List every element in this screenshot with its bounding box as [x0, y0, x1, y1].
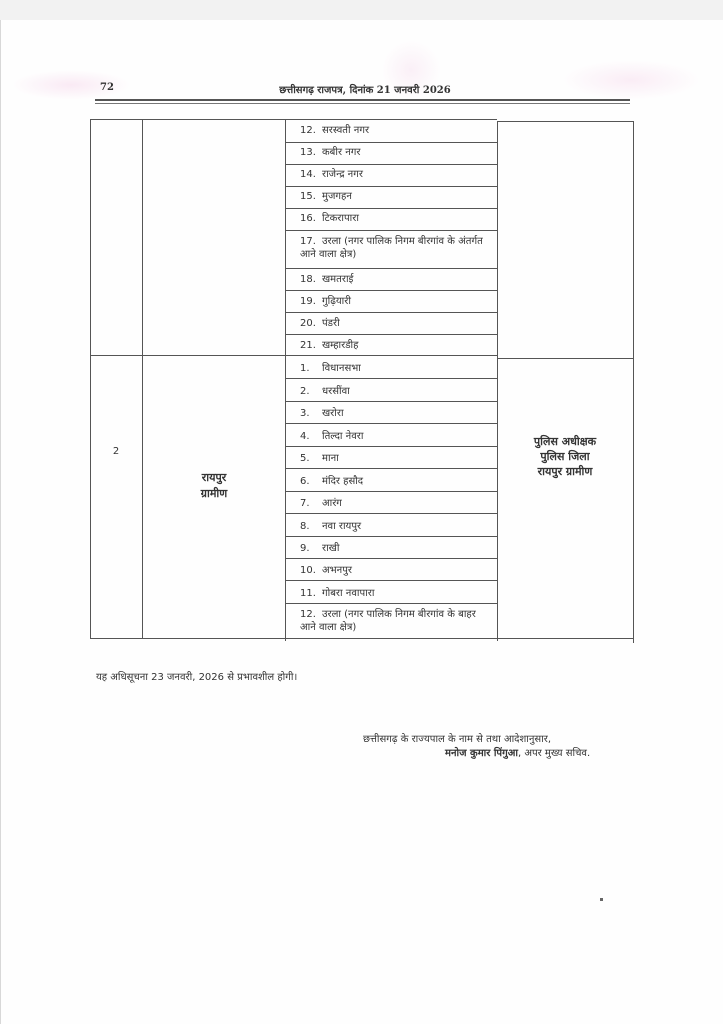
- officer-designation: पुलिस अधीक्षक पुलिस जिला रायपुर ग्रामीण: [497, 434, 633, 479]
- police-station-item: 17.उरला (नगर पालिक निगम बीरगांव के अंतर्…: [300, 235, 490, 261]
- table-border: [142, 119, 143, 639]
- district-name-line: रायपुर: [143, 470, 285, 486]
- police-station-item: 8.नवा रायपुर: [300, 520, 361, 533]
- police-station-item: 13.कबीर नगर: [300, 146, 361, 159]
- police-station-item: 2.धरसींवा: [300, 385, 350, 398]
- row-line: [285, 268, 497, 269]
- district-name-line: ग्रामीण: [143, 486, 285, 502]
- row-line: [285, 142, 497, 143]
- signatory: मनोज कुमार पिंगुआ, अपर मुख्य सचिव.: [445, 745, 590, 759]
- row-line: [285, 603, 497, 604]
- table-border: [90, 119, 91, 639]
- row-line: [285, 186, 497, 187]
- row-line: [285, 491, 497, 492]
- header-rule: [95, 103, 630, 104]
- police-station-item: 11.गोबरा नवापारा: [300, 587, 374, 600]
- header-rule: [95, 99, 630, 101]
- scan-smudge: [561, 60, 701, 100]
- police-station-item: 3.खरोरा: [300, 407, 344, 420]
- police-station-item: 9.राखी: [300, 542, 339, 555]
- row-line: [285, 312, 497, 313]
- page-number: 72: [100, 82, 114, 93]
- table-border: [497, 121, 634, 122]
- police-station-item: 12.उरला (नगर पालिक निगम बीरगांव के बाहर …: [300, 608, 490, 634]
- table-border: [497, 121, 498, 641]
- table-border: [90, 119, 497, 120]
- officer-line: पुलिस अधीक्षक: [497, 434, 633, 449]
- police-station-item: 4.तिल्दा नेवरा: [300, 430, 363, 443]
- police-station-item: 16.टिकरापारा: [300, 212, 359, 225]
- police-station-item: 21.खम्हारडीह: [300, 339, 358, 352]
- row-line: [285, 446, 497, 447]
- police-station-item: 15.मुजगहन: [300, 190, 352, 203]
- police-station-item: 6.मंदिर हसौद: [300, 475, 363, 488]
- authority-line: छत्तीसगढ़ के राज्यपाल के नाम से तथा आदेश…: [363, 731, 551, 745]
- row-line: [285, 580, 497, 581]
- row-line: [285, 536, 497, 537]
- police-station-item: 1.विधानसभा: [300, 362, 361, 375]
- district-name: रायपुर ग्रामीण: [143, 470, 285, 502]
- scan-speck: [600, 898, 603, 901]
- row-line: [285, 401, 497, 402]
- police-station-item: 20.पंडरी: [300, 317, 340, 330]
- police-station-item: 19.गुढ़ियारी: [300, 295, 351, 308]
- table-border: [90, 638, 634, 639]
- row-line: [285, 558, 497, 559]
- signatory-designation: , अपर मुख्य सचिव.: [518, 748, 590, 759]
- row-line: [285, 468, 497, 469]
- police-station-item: 7.आरंग: [300, 497, 342, 510]
- row-line: [285, 378, 497, 379]
- signatory-name: मनोज कुमार पिंगुआ: [445, 748, 518, 759]
- table-border: [285, 119, 286, 641]
- row-line: [285, 290, 497, 291]
- row-line: [285, 208, 497, 209]
- row-separator: [497, 358, 634, 359]
- police-station-item: 12.सरस्वती नगर: [300, 124, 369, 137]
- effective-date-notice: यह अधिसूचना 23 जनवरी, 2026 से प्रभावशील …: [96, 669, 297, 683]
- row-line: [285, 334, 497, 335]
- police-station-item: 14.राजेन्द्र नगर: [300, 168, 363, 181]
- row-line: [285, 513, 497, 514]
- row-line: [285, 164, 497, 165]
- police-station-item: 10.अभनपुर: [300, 564, 352, 577]
- serial-number: 2: [90, 446, 142, 457]
- officer-line: रायपुर ग्रामीण: [497, 464, 633, 479]
- gazette-title: छत्तीसगढ़ राजपत्र, दिनांक 21 जनवरी 2026: [270, 82, 460, 96]
- row-line: [285, 230, 497, 231]
- row-line: [285, 423, 497, 424]
- table-border: [633, 122, 634, 643]
- officer-line: पुलिस जिला: [497, 449, 633, 464]
- police-station-item: 5.माना: [300, 452, 339, 465]
- row-separator: [90, 355, 497, 356]
- police-station-item: 18.खमतराई: [300, 273, 353, 286]
